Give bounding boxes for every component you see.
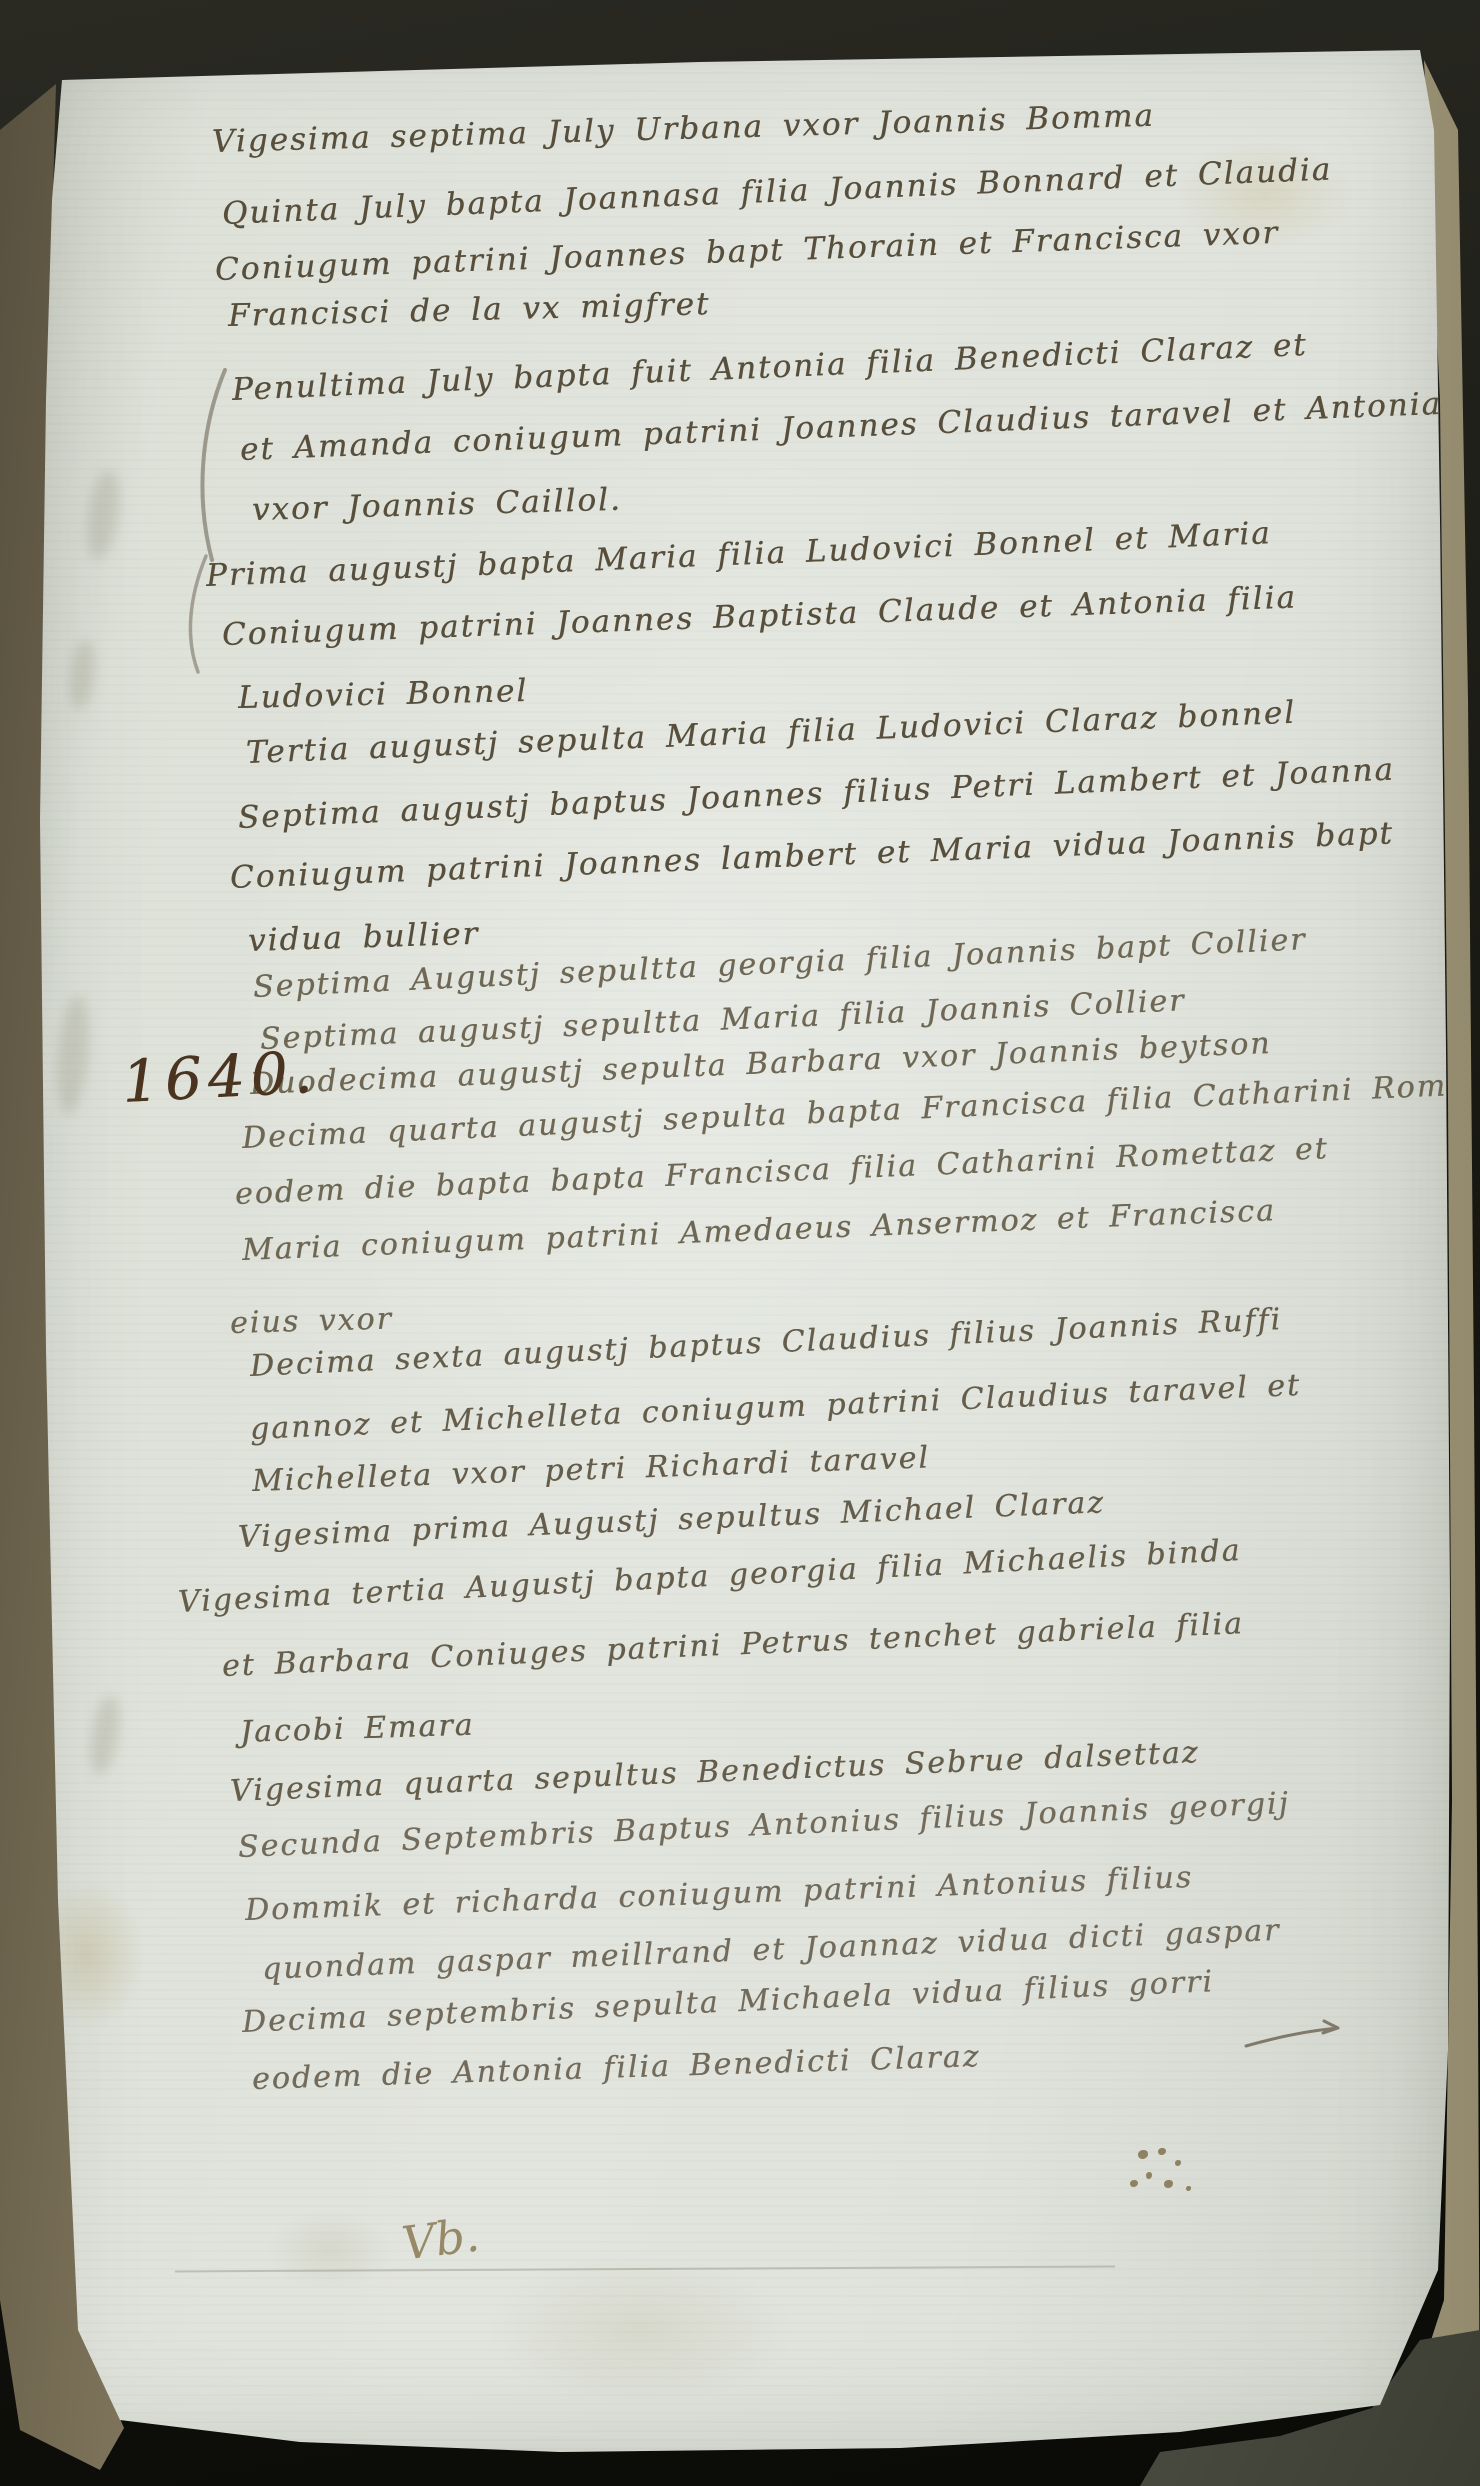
manuscript-line: Jacobi Emara — [239, 1708, 475, 1750]
ink-bleed-smudge — [86, 1693, 124, 1776]
manuscript-line: eodem die Antonia filia Benedicti Claraz — [251, 2039, 980, 2097]
ink-bleed-smudge — [66, 639, 97, 711]
ink-blot — [1175, 2160, 1181, 2166]
ink-blot — [1138, 2150, 1148, 2159]
manuscript-line: Vigesima septima July Urbana vxor Joanni… — [211, 98, 1155, 160]
ink-blot — [1164, 2180, 1173, 2188]
ink-blot — [1158, 2148, 1166, 2155]
manuscript-line: vidua bullier — [247, 916, 479, 959]
ink-blot — [1186, 2186, 1191, 2191]
manuscript-line: Prima augustj bapta Maria filia Ludovici… — [205, 515, 1272, 594]
manuscript-line: Decima sexta augustj baptus Claudius fil… — [249, 1302, 1283, 1384]
entry-bracket-stroke — [202, 370, 225, 560]
arrow-flourish — [1246, 2021, 1338, 2046]
manuscript-line: Penultima July bapta fuit Antonia filia … — [231, 327, 1308, 408]
paper-crease — [175, 2266, 1115, 2273]
ink-bleed-smudge — [82, 468, 124, 561]
manuscript-line: Michelleta vxor petri Richardi taravel — [251, 1440, 930, 1499]
manuscript-line: vxor Joannis Caillol. — [251, 482, 622, 528]
manuscript-line: Vigesima prima Augustj sepultus Michael … — [237, 1485, 1105, 1555]
manuscript-page: Vigesima septima July Urbana vxor Joanni… — [0, 0, 1480, 2486]
manuscript-line: Francisci de la vx migfret — [228, 286, 711, 334]
ink-blot — [1130, 2180, 1138, 2187]
ink-blot — [1146, 2172, 1152, 2179]
manuscript-line: gannoz et Michelleta coniugum patrini Cl… — [249, 1368, 1301, 1447]
entry-bracket-stroke — [190, 556, 206, 672]
manuscript-line: et Barbara Coniuges patrini Petrus tench… — [221, 1606, 1244, 1684]
photo-frame: Vigesima septima July Urbana vxor Joanni… — [0, 0, 1480, 2486]
manuscript-line: Ludovici Bonnel — [238, 673, 529, 716]
manuscript-line: Coniugum patrini Joannes Baptista Claude… — [221, 579, 1297, 653]
ink-bleed-smudge — [53, 994, 93, 1116]
manuscript-line: eius vxor — [230, 1301, 394, 1341]
folio-mark: Vb. — [399, 2207, 482, 2270]
manuscript-line: Dommik et richarda coniugum patrini Anto… — [244, 1860, 1193, 1928]
marginal-year: 1640. — [120, 1038, 319, 1116]
